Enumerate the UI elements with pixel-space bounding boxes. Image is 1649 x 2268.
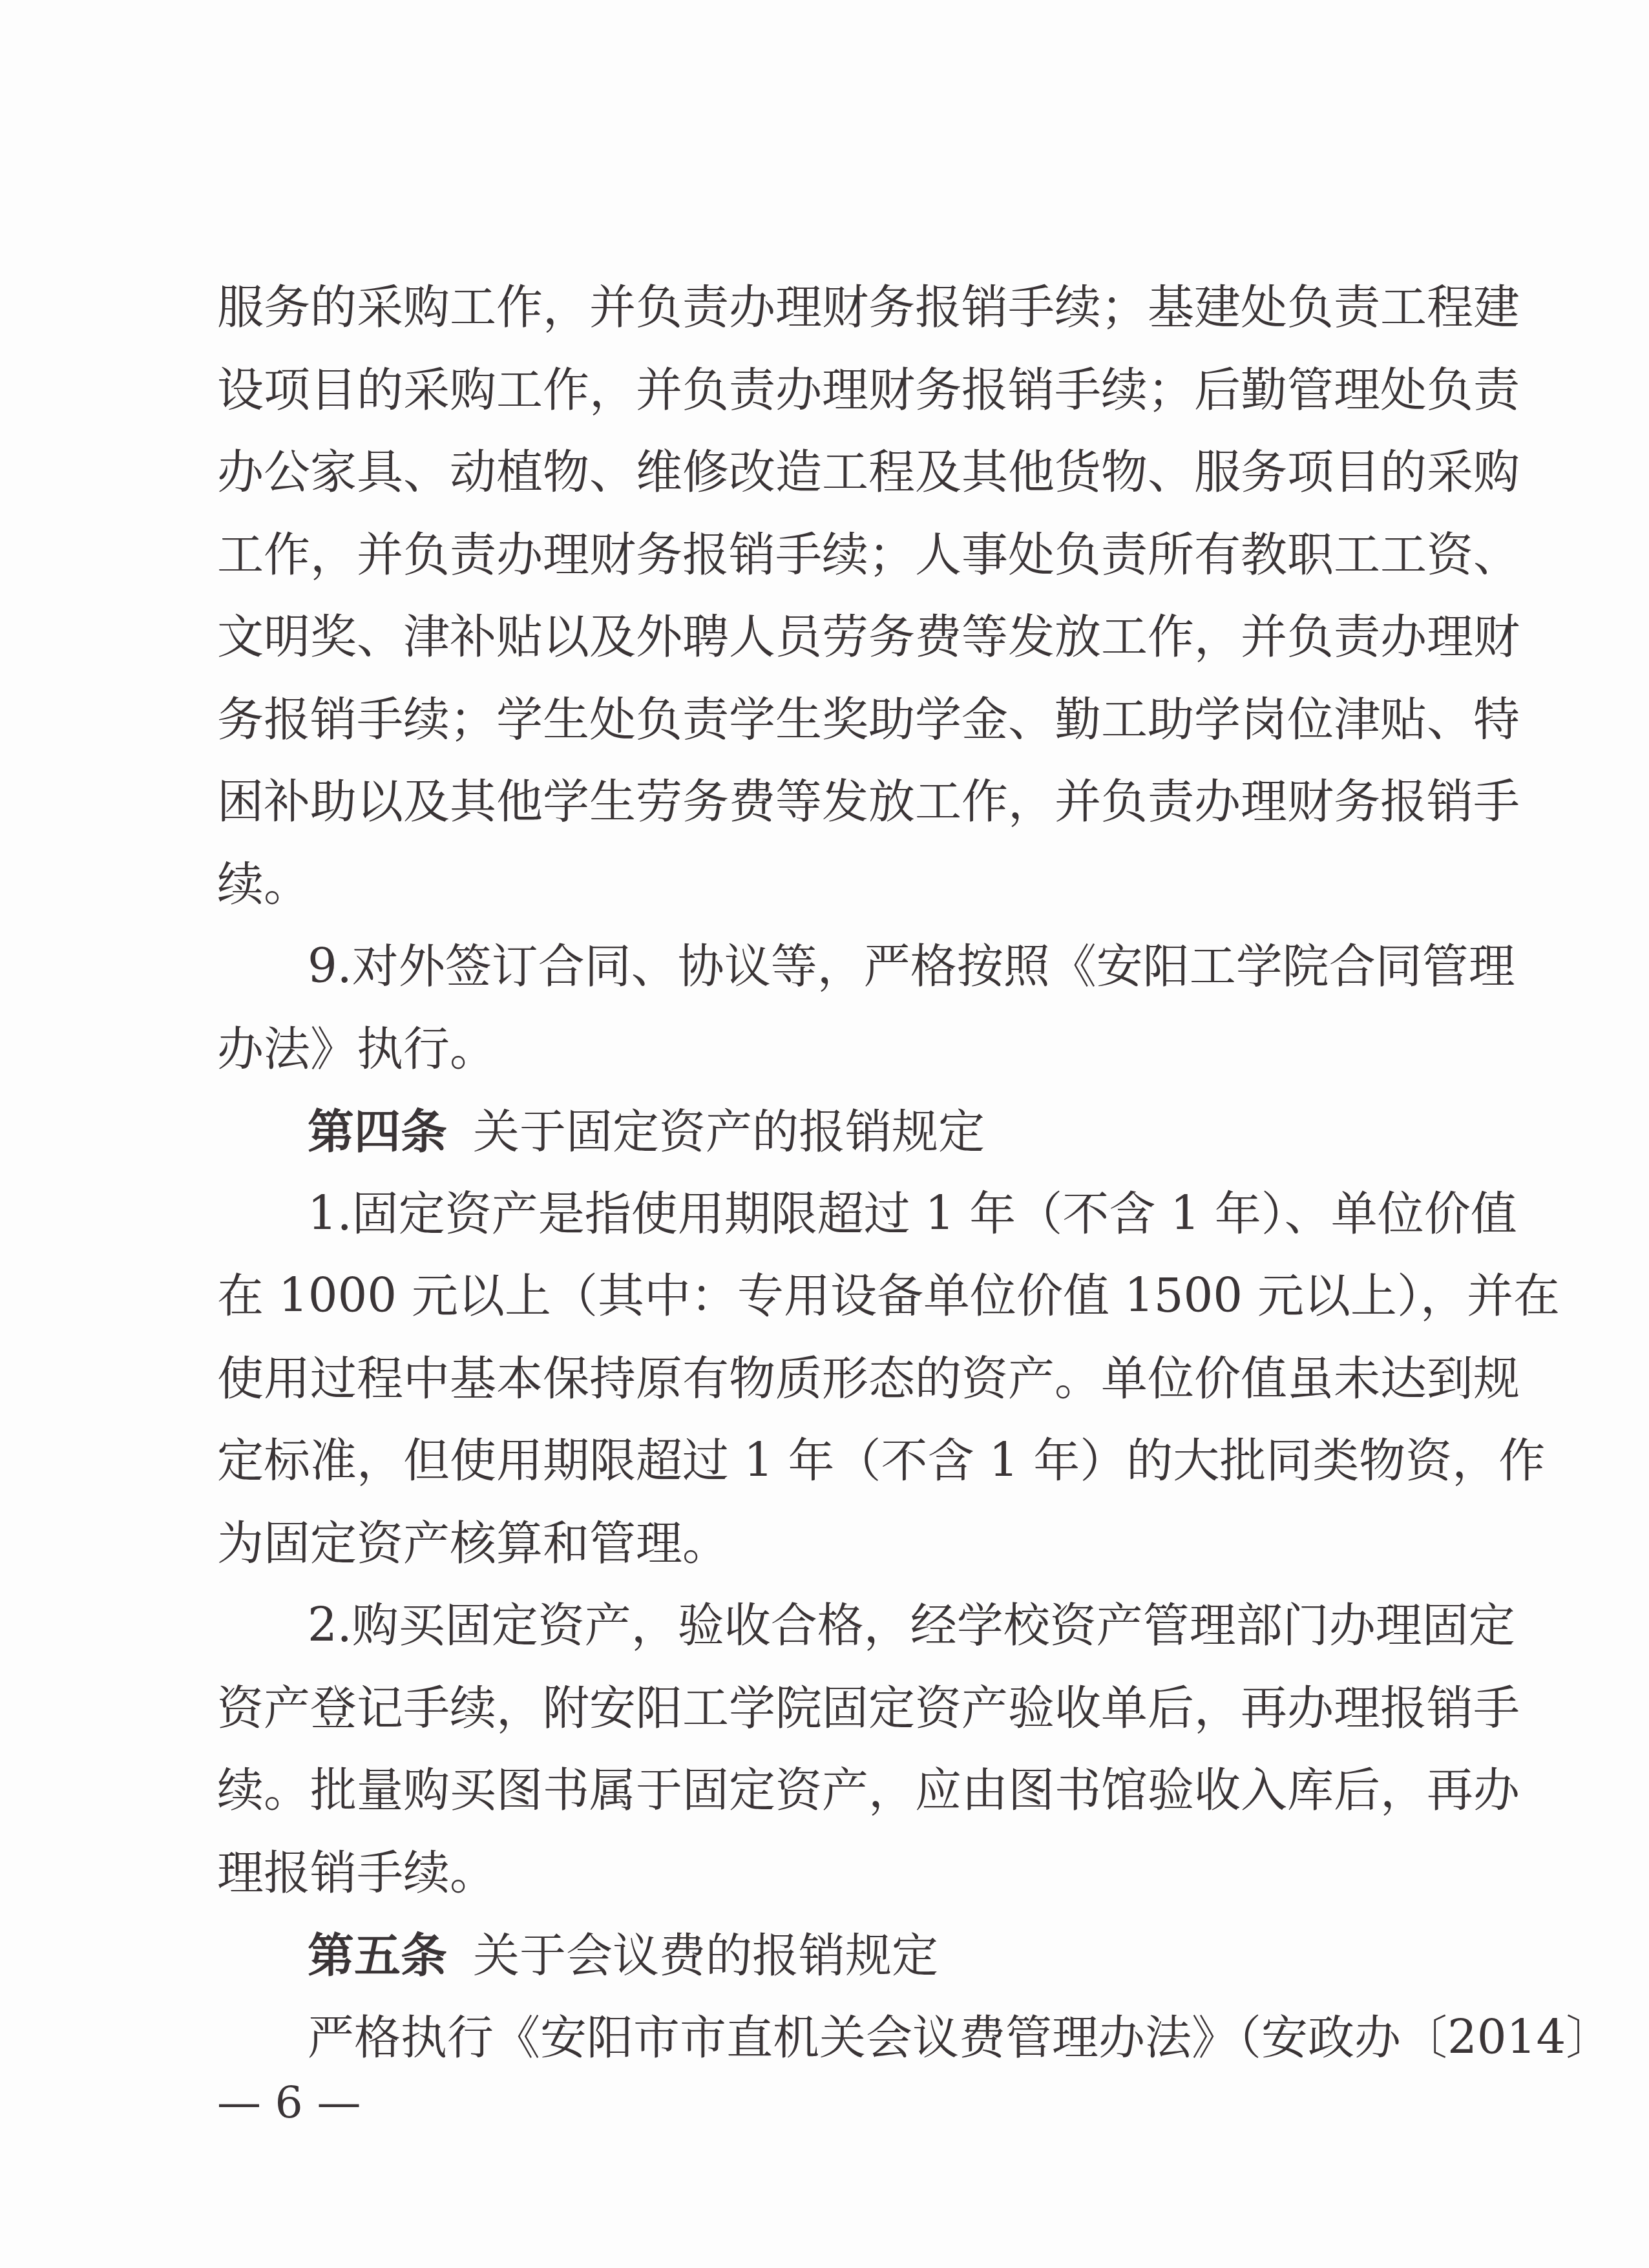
clause-1-line: 1.固定资产是指使用期限超过 1 年（不含 1 年）、单位价值 [217, 1173, 1425, 1255]
article-5-heading: 第五条关于会议费的报销规定 [217, 1914, 1425, 1997]
body-line: 理报销手续。 [217, 1832, 1425, 1915]
body-line: 资产登记手续，附安阳工学院固定资产验收单后，再办理报销手 [217, 1667, 1425, 1750]
body-line: 设项目的采购工作，并负责办理财务报销手续；后勤管理处负责 [217, 349, 1425, 432]
article-title: 关于固定资产的报销规定 [473, 1104, 985, 1159]
article-label: 第四条 [308, 1104, 447, 1159]
body-line: 为固定资产核算和管理。 [217, 1502, 1425, 1585]
body-line: 文明奖、津补贴以及外聘人员劳务费等发放工作，并负责办理财 [217, 596, 1425, 678]
body-line: 严格执行《安阳市市直机关会议费管理办法》（安政办〔2014〕 [217, 1997, 1425, 2079]
body-line: 办法》执行。 [217, 1008, 1425, 1091]
body-line: 务报销手续；学生处负责学生奖助学金、勤工助学岗位津贴、特 [217, 678, 1425, 761]
body-line: 使用过程中基本保持原有物质形态的资产。单位价值虽未达到规 [217, 1338, 1425, 1420]
body-line: 续。批量购买图书属于固定资产，应由图书馆验收入库后，再办 [217, 1749, 1425, 1832]
article-4-heading: 第四条关于固定资产的报销规定 [217, 1090, 1425, 1173]
article-title: 关于会议费的报销规定 [473, 1928, 938, 1982]
document-page: 服务的采购工作，并负责办理财务报销手续；基建处负责工程建 设项目的采购工作，并负… [0, 0, 1649, 2268]
page-number: — 6 — [217, 2077, 361, 2129]
clause-2-line: 2.购买固定资产，验收合格，经学校资产管理部门办理固定 [217, 1584, 1425, 1667]
body-line: 定标准，但使用期限超过 1 年（不含 1 年）的大批同类物资，作 [217, 1420, 1425, 1502]
body-line: 续。 [217, 843, 1425, 926]
article-label: 第五条 [308, 1927, 447, 1982]
body-line: 工作，并负责办理财务报销手续；人事处负责所有教职工工资、 [217, 514, 1425, 596]
body-line: 服务的采购工作，并负责办理财务报销手续；基建处负责工程建 [217, 266, 1425, 349]
body-line: 办公家具、动植物、维修改造工程及其他货物、服务项目的采购 [217, 431, 1425, 514]
body-line: 困补助以及其他学生劳务费等发放工作，并负责办理财务报销手 [217, 761, 1425, 843]
clause-9-line: 9.对外签订合同、协议等，严格按照《安阳工学院合同管理 [217, 925, 1425, 1008]
body-text: 服务的采购工作，并负责办理财务报销手续；基建处负责工程建 设项目的采购工作，并负… [217, 266, 1425, 2079]
body-line: 在 1000 元以上（其中：专用设备单位价值 1500 元以上），并在 [217, 1255, 1425, 1338]
